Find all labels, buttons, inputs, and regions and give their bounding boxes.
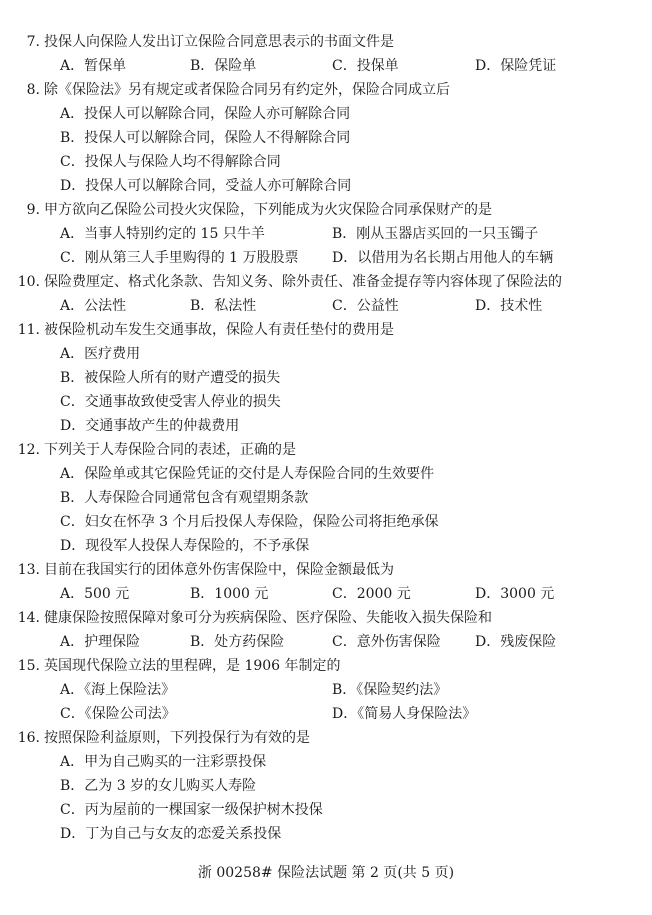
question-number: 16. — [18, 726, 40, 750]
question-13: 13. 目前在我国实行的团体意外伤害保险中，保险金额最低为 A．500 元 B．… — [0, 558, 652, 606]
option-c: C．意外伤害保险 — [332, 630, 441, 654]
question-11: 11. 被保险机动车发生交通事故，保险人有责任垫付的费用是 A．医疗费用 B．被… — [0, 318, 652, 438]
option-b: B．1000 元 — [190, 582, 268, 606]
option-d: D．3000 元 — [475, 582, 554, 606]
question-12: 12. 下列关于人寿保险合同的表述，正确的是 A．保险单或其它保险凭证的交付是人… — [0, 438, 652, 558]
question-number: 11. — [18, 318, 40, 342]
option-d: D．现役军人投保人寿保险的，不予承保 — [60, 534, 309, 558]
question-number: 15. — [18, 654, 40, 678]
question-16: 16. 按照保险利益原则，下列投保行为有效的是 A．甲为自己购买的一注彩票投保 … — [0, 726, 652, 846]
option-a: A．护理保险 — [60, 630, 140, 654]
question-number: 12. — [18, 438, 40, 462]
question-number: 13. — [18, 558, 40, 582]
option-a: A．公法性 — [60, 294, 126, 318]
question-stem: 除《保险法》另有规定或者保险合同另有约定外，保险合同成立后 — [44, 78, 450, 102]
option-b: B．人寿保险合同通常包含有观望期条款 — [60, 486, 308, 510]
option-b: B．《保险契约法》 — [332, 678, 447, 702]
option-a: A．甲为自己购买的一注彩票投保 — [60, 750, 266, 774]
option-c: C．刚从第三人手里购得的 1 万股股票 — [60, 246, 299, 270]
option-d: D．保险凭证 — [475, 54, 556, 78]
option-b: B．私法性 — [190, 294, 256, 318]
exam-page: 7. 投保人向保险人发出订立保险合同意思表示的书面文件是 A．暂保单 B．保险单… — [0, 30, 652, 846]
option-c: C．丙为屋前的一棵国家一级保护树木投保 — [60, 798, 323, 822]
question-10: 10. 保险费厘定、格式化条款、告知义务、除外责任、准备金提存等内容体现了保险法… — [0, 270, 652, 318]
question-stem: 按照保险利益原则，下列投保行为有效的是 — [44, 726, 310, 750]
option-b: B．乙为 3 岁的女儿购买人寿险 — [60, 774, 256, 798]
question-stem: 被保险机动车发生交通事故，保险人有责任垫付的费用是 — [44, 318, 394, 342]
option-b: B．被保险人所有的财产遭受的损失 — [60, 366, 280, 390]
option-c: C．公益性 — [332, 294, 399, 318]
question-stem: 目前在我国实行的团体意外伤害保险中，保险金额最低为 — [44, 558, 394, 582]
option-d: D．投保人可以解除合同，受益人亦可解除合同 — [60, 174, 351, 198]
option-a: A．500 元 — [60, 582, 129, 606]
question-15: 15. 英国现代保险立法的里程碑，是 1906 年制定的 A．《海上保险法》 B… — [0, 654, 652, 726]
option-b: B．投保人可以解除合同，保险人不得解除合同 — [60, 126, 350, 150]
option-a: A．医疗费用 — [60, 342, 140, 366]
option-d: D．丁为自己与女友的恋爱关系投保 — [60, 822, 281, 846]
option-a: A．投保人可以解除合同，保险人亦可解除合同 — [60, 102, 350, 126]
question-14: 14. 健康保险按照保障对象可分为疾病保险、医疗保险、失能收入损失保险和 A．护… — [0, 606, 652, 654]
question-stem: 下列关于人寿保险合同的表述，正确的是 — [44, 438, 296, 462]
option-d: D．技术性 — [475, 294, 542, 318]
option-c: C．《保险公司法》 — [60, 702, 176, 726]
question-7: 7. 投保人向保险人发出订立保险合同意思表示的书面文件是 A．暂保单 B．保险单… — [0, 30, 652, 78]
question-number: 9. — [27, 198, 40, 222]
option-c: C．交通事故致使受害人停业的损失 — [60, 390, 281, 414]
option-b: B．处方药保险 — [190, 630, 284, 654]
option-d: D．《简易人身保险法》 — [332, 702, 476, 726]
option-a: A．《海上保险法》 — [60, 678, 175, 702]
question-stem: 健康保险按照保障对象可分为疾病保险、医疗保险、失能收入损失保险和 — [44, 606, 492, 630]
question-number: 10. — [18, 270, 40, 294]
option-c: C．投保单 — [332, 54, 399, 78]
question-stem: 甲方欲向乙保险公司投火灾保险，下列能成为火灾保险合同承保财产的是 — [44, 198, 492, 222]
question-stem: 投保人向保险人发出订立保险合同意思表示的书面文件是 — [44, 30, 394, 54]
option-d: D．以借用为名长期占用他人的车辆 — [332, 246, 553, 270]
question-number: 8. — [27, 78, 40, 102]
option-b: B．保险单 — [190, 54, 256, 78]
question-8: 8. 除《保险法》另有规定或者保险合同另有约定外，保险合同成立后 A．投保人可以… — [0, 78, 652, 198]
option-a: A．当事人特别约定的 15 只牛羊 — [60, 222, 265, 246]
question-9: 9. 甲方欲向乙保险公司投火灾保险，下列能成为火灾保险合同承保财产的是 A．当事… — [0, 198, 652, 270]
question-number: 7. — [27, 30, 40, 54]
option-d: D．残废保险 — [475, 630, 556, 654]
option-b: B．刚从玉器店买回的一只玉镯子 — [332, 222, 538, 246]
option-c: C．2000 元 — [332, 582, 411, 606]
question-number: 14. — [18, 606, 40, 630]
page-footer: 浙 00258# 保险法试题 第 2 页(共 5 页) — [0, 863, 652, 883]
option-d: D．交通事故产生的仲裁费用 — [60, 414, 239, 438]
option-a: A．暂保单 — [60, 54, 126, 78]
question-stem: 保险费厘定、格式化条款、告知义务、除外责任、准备金提存等内容体现了保险法的 — [44, 270, 562, 294]
option-a: A．保险单或其它保险凭证的交付是人寿保险合同的生效要件 — [60, 462, 434, 486]
option-c: C．投保人与保险人均不得解除合同 — [60, 150, 281, 174]
option-c: C．妇女在怀孕 3 个月后投保人寿保险，保险公司将拒绝承保 — [60, 510, 439, 534]
question-stem: 英国现代保险立法的里程碑，是 1906 年制定的 — [44, 654, 341, 678]
